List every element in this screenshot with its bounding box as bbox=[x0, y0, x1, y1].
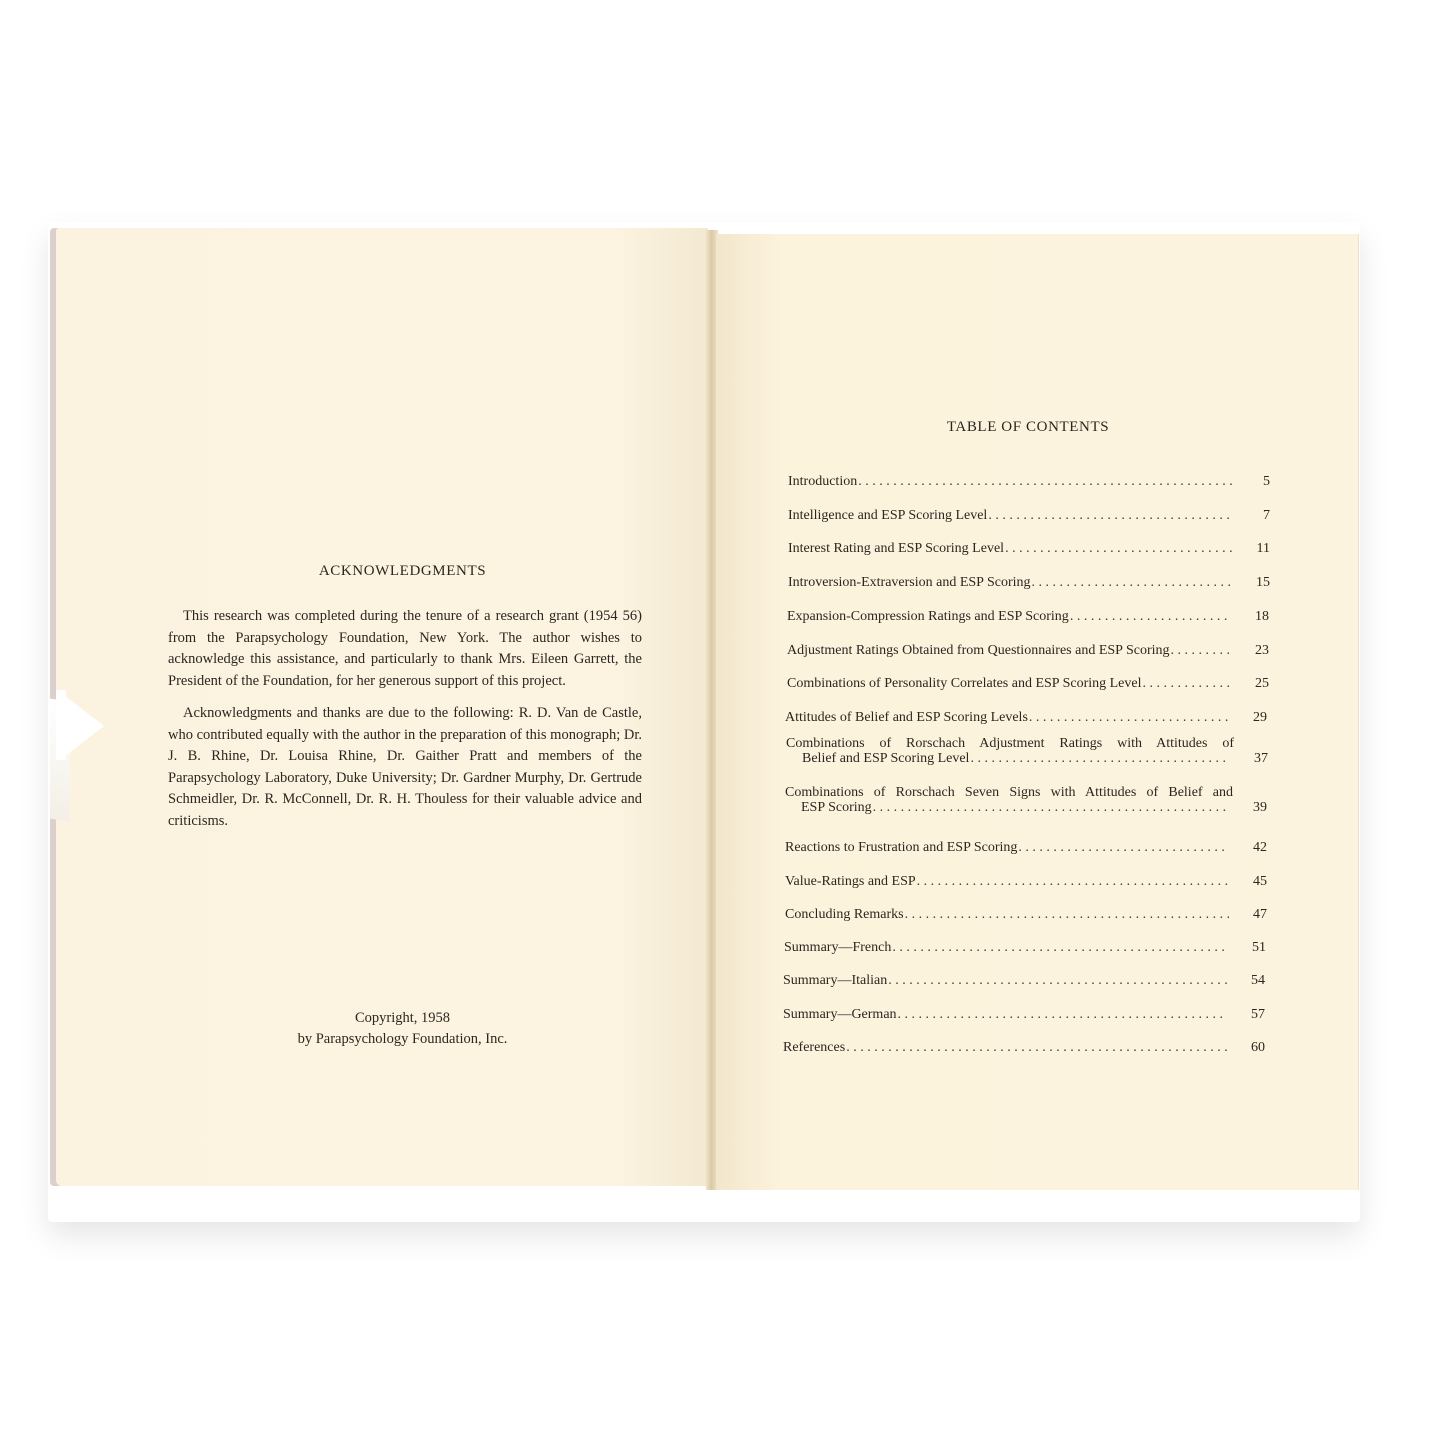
toc-page-number: 5 bbox=[1236, 474, 1270, 490]
toc-page-number: 45 bbox=[1233, 874, 1267, 890]
toc-entry: Expansion-Compression Ratings and ESP Sc… bbox=[787, 609, 1269, 625]
toc-leader-dots bbox=[898, 1007, 1227, 1023]
toc-entry-title: Expansion-Compression Ratings and ESP Sc… bbox=[787, 609, 1069, 625]
toc-entry-title-cont: Belief and ESP Scoring Level bbox=[802, 751, 969, 766]
toc-leader-dots bbox=[892, 940, 1228, 956]
toc-entry-title: References bbox=[783, 1040, 845, 1056]
toc-entry-title: Interest Rating and ESP Scoring Level bbox=[788, 541, 1004, 557]
toc-leader-dots bbox=[1029, 710, 1229, 726]
toc-entry: References60 bbox=[783, 1040, 1265, 1056]
toc-leader-dots bbox=[905, 907, 1229, 923]
acknowledgments-body: This research was completed during the t… bbox=[168, 606, 642, 843]
toc-entry-title: Summary—Italian bbox=[783, 973, 887, 989]
toc-leader-dots bbox=[1032, 575, 1233, 591]
toc-entry-title: Combinations of Personality Correlates a… bbox=[787, 676, 1141, 692]
toc-entry-title: Combinations of Rorschach Seven Signs wi… bbox=[785, 785, 1233, 800]
toc-entry-title: Introversion-Extraversion and ESP Scorin… bbox=[788, 575, 1031, 591]
copyright-line: Copyright, 1958 bbox=[260, 1008, 545, 1029]
toc-entry: Intelligence and ESP Scoring Level7 bbox=[788, 508, 1270, 524]
toc-leader-dots bbox=[917, 874, 1229, 890]
toc-entry-title: Intelligence and ESP Scoring Level bbox=[788, 508, 987, 524]
toc-leader-dots bbox=[873, 800, 1229, 815]
toc-leader-dots bbox=[970, 751, 1230, 766]
toc-page-number: 15 bbox=[1236, 575, 1270, 591]
toc-page-number: 7 bbox=[1236, 508, 1270, 524]
toc-leader-dots bbox=[988, 508, 1232, 524]
toc-entry-title-cont: ESP Scoring bbox=[801, 800, 872, 815]
toc-leader-dots bbox=[858, 474, 1232, 490]
copyright-notice: Copyright, 1958 by Parapsychology Founda… bbox=[260, 1008, 545, 1050]
toc-page-number: 60 bbox=[1231, 1040, 1265, 1056]
toc-entry: Combinations of Rorschach Adjustment Rat… bbox=[786, 736, 1268, 766]
toc-entry-title: Summary—French bbox=[784, 940, 891, 956]
acknowledgments-paragraph: Acknowledgments and thanks are due to th… bbox=[168, 703, 642, 832]
toc-page-number: 51 bbox=[1232, 940, 1266, 956]
toc-entry: Adjustment Ratings Obtained from Questio… bbox=[787, 643, 1269, 659]
toc-entry: Summary—Italian54 bbox=[783, 973, 1265, 989]
toc-page-number: 54 bbox=[1231, 973, 1265, 989]
toc-page-number: 29 bbox=[1233, 710, 1267, 726]
toc-entry: Attitudes of Belief and ESP Scoring Leve… bbox=[785, 710, 1267, 726]
toc-leader-dots bbox=[1142, 676, 1231, 692]
toc-entry-title: Adjustment Ratings Obtained from Questio… bbox=[787, 643, 1170, 659]
toc-leader-dots bbox=[1005, 541, 1232, 557]
acknowledgments-heading: ACKNOWLEDGMENTS bbox=[160, 563, 645, 580]
toc-entry: Interest Rating and ESP Scoring Level11 bbox=[788, 541, 1270, 557]
toc-heading: TABLE OF CONTENTS bbox=[780, 419, 1276, 436]
toc-entry: Combinations of Personality Correlates a… bbox=[787, 676, 1269, 692]
toc-page-number: 25 bbox=[1235, 676, 1269, 692]
toc-page-number: 11 bbox=[1236, 541, 1270, 557]
toc-leader-dots bbox=[1018, 840, 1229, 856]
toc-entry: Introduction5 bbox=[788, 474, 1270, 490]
toc-entry: Summary—German57 bbox=[783, 1007, 1265, 1023]
toc-page-number: 18 bbox=[1235, 609, 1269, 625]
ribbon-bookmark-point bbox=[60, 692, 104, 760]
toc-entry-title: Reactions to Frustration and ESP Scoring bbox=[785, 840, 1017, 856]
toc-entry: Value-Ratings and ESP45 bbox=[785, 874, 1267, 890]
toc-page-number: 37 bbox=[1234, 751, 1268, 766]
toc-entry: Reactions to Frustration and ESP Scoring… bbox=[785, 840, 1267, 856]
toc-entry-title: Combinations of Rorschach Adjustment Rat… bbox=[786, 736, 1234, 751]
toc-page-number: 23 bbox=[1235, 643, 1269, 659]
toc-page-number: 57 bbox=[1231, 1007, 1265, 1023]
toc-entry: Combinations of Rorschach Seven Signs wi… bbox=[785, 785, 1267, 815]
publisher-line: by Parapsychology Foundation, Inc. bbox=[260, 1029, 545, 1050]
toc-entry: Summary—French51 bbox=[784, 940, 1266, 956]
toc-page-number: 39 bbox=[1233, 800, 1267, 815]
toc-entry-title: Concluding Remarks bbox=[785, 907, 904, 923]
toc-entry-title: Summary—German bbox=[783, 1007, 897, 1023]
toc-leader-dots bbox=[1070, 609, 1231, 625]
toc-page-number: 42 bbox=[1233, 840, 1267, 856]
toc-leader-dots bbox=[1171, 643, 1232, 659]
toc-page-number: 47 bbox=[1233, 907, 1267, 923]
toc-entry-title: Attitudes of Belief and ESP Scoring Leve… bbox=[785, 710, 1028, 726]
toc-entry-title: Value-Ratings and ESP bbox=[785, 874, 916, 890]
toc-leader-dots bbox=[846, 1040, 1227, 1056]
toc-entry-title: Introduction bbox=[788, 474, 857, 490]
acknowledgments-paragraph: This research was completed during the t… bbox=[168, 606, 642, 692]
toc-entry: Introversion-Extraversion and ESP Scorin… bbox=[788, 575, 1270, 591]
toc-entry: Concluding Remarks47 bbox=[785, 907, 1267, 923]
toc-leader-dots bbox=[888, 973, 1227, 989]
